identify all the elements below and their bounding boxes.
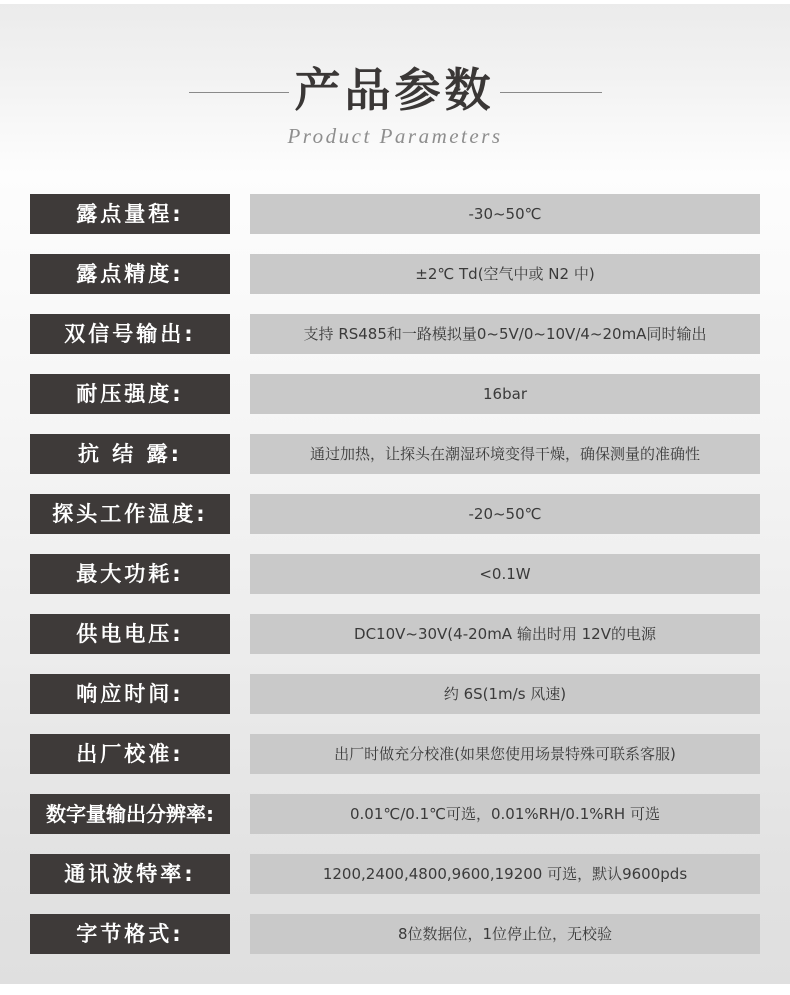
page-subtitle: Product Parameters: [0, 122, 790, 150]
param-label: 露点精度:: [30, 254, 230, 294]
param-row-max-power: 最大功耗: <0.1W: [30, 554, 760, 594]
page-title: 产品参数: [289, 60, 500, 120]
param-label: 供电电压:: [30, 614, 230, 654]
param-value: -20~50℃: [250, 494, 760, 534]
title-divider-right: [500, 92, 602, 93]
param-value: -30~50℃: [250, 194, 760, 234]
param-value: 1200,2400,4800,9600,19200 可选，默认9600pds: [250, 854, 760, 894]
param-value: ±2℃ Td(空气中或 N2 中): [250, 254, 760, 294]
param-label: 通讯波特率:: [30, 854, 230, 894]
param-row-response-time: 响应时间: 约 6S(1m/s 风速): [30, 674, 760, 714]
param-label: 露点量程:: [30, 194, 230, 234]
param-row-dewpoint-range: 露点量程: -30~50℃: [30, 194, 760, 234]
param-row-supply-voltage: 供电电压: DC10V~30V(4-20mA 输出时用 12V的电源: [30, 614, 760, 654]
param-label: 抗 结 露:: [30, 434, 230, 474]
param-row-probe-temperature: 探头工作温度: -20~50℃: [30, 494, 760, 534]
param-row-dual-output: 双信号输出: 支持 RS485和一路模拟量0~5V/0~10V/4~20mA同时…: [30, 314, 760, 354]
param-row-factory-calibration: 出厂校准: 出厂时做充分校准(如果您使用场景特殊可联系客服): [30, 734, 760, 774]
param-label: 数字量输出分辨率:: [30, 794, 230, 834]
param-value: 通过加热，让探头在潮湿环境变得干燥，确保测量的准确性: [250, 434, 760, 474]
param-row-byte-format: 字节格式: 8位数据位，1位停止位，无校验: [30, 914, 760, 954]
param-value: DC10V~30V(4-20mA 输出时用 12V的电源: [250, 614, 760, 654]
param-row-pressure-rating: 耐压强度: 16bar: [30, 374, 760, 414]
param-row-baud-rate: 通讯波特率: 1200,2400,4800,9600,19200 可选，默认96…: [30, 854, 760, 894]
param-label: 耐压强度:: [30, 374, 230, 414]
param-row-dewpoint-accuracy: 露点精度: ±2℃ Td(空气中或 N2 中): [30, 254, 760, 294]
section-header: 产品参数 Product Parameters: [0, 0, 790, 180]
param-label: 响应时间:: [30, 674, 230, 714]
param-value: 支持 RS485和一路模拟量0~5V/0~10V/4~20mA同时输出: [250, 314, 760, 354]
param-value: 8位数据位，1位停止位，无校验: [250, 914, 760, 954]
param-label: 出厂校准:: [30, 734, 230, 774]
param-value: 约 6S(1m/s 风速): [250, 674, 760, 714]
param-label: 最大功耗:: [30, 554, 230, 594]
param-label: 双信号输出:: [30, 314, 230, 354]
param-value: 16bar: [250, 374, 760, 414]
param-value: 0.01℃/0.1℃可选，0.01%RH/0.1%RH 可选: [250, 794, 760, 834]
param-label: 字节格式:: [30, 914, 230, 954]
param-value: 出厂时做充分校准(如果您使用场景特殊可联系客服): [250, 734, 760, 774]
param-row-anti-condensation: 抗 结 露: 通过加热，让探头在潮湿环境变得干燥，确保测量的准确性: [30, 434, 760, 474]
param-row-digital-resolution: 数字量输出分辨率: 0.01℃/0.1℃可选，0.01%RH/0.1%RH 可选: [30, 794, 760, 834]
title-divider-left: [189, 92, 289, 93]
param-label: 探头工作温度:: [30, 494, 230, 534]
param-value: <0.1W: [250, 554, 760, 594]
